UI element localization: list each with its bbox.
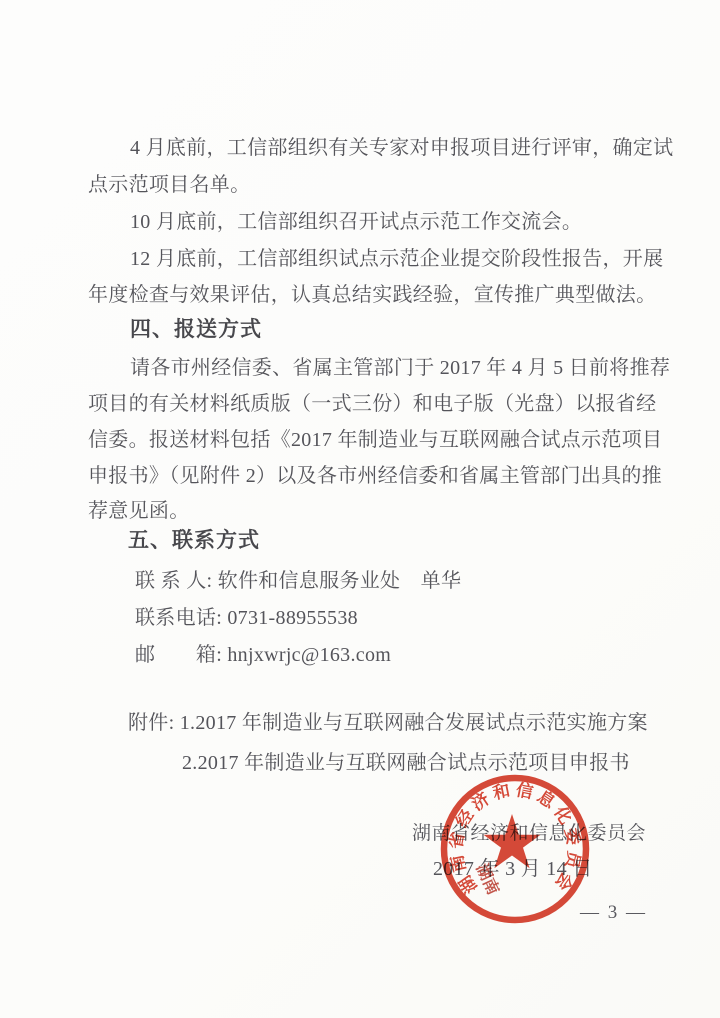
body-line-april: 4 月底前，工信部组织有关专家对申报项目进行评审，确定试 [130, 136, 673, 160]
document-page: 4 月底前，工信部组织有关专家对申报项目进行评审，确定试 点示范项目名单。 10… [0, 0, 720, 1018]
body-line-december: 12 月底前，工信部组织试点示范企业提交阶段性报告，开展 [130, 247, 663, 271]
section4-heading: 四、报送方式 [130, 318, 262, 342]
section4-line-5: 荐意见函。 [88, 499, 190, 523]
section5-heading: 五、联系方式 [128, 529, 260, 553]
contact-phone-line: 联系电话: 0731-88955538 [135, 606, 358, 630]
seal-star-icon [484, 814, 541, 868]
body-line-december-2: 年度检查与效果评估，认真总结实践经验，宣传推广典型做法。 [88, 283, 656, 307]
contact-person-line: 联 系 人: 软件和信息服务业处 单华 [135, 569, 461, 593]
seal-doublestrike-artifact: 湖南 [472, 861, 503, 898]
body-line-october: 10 月底前，工信部组织召开试点示范工作交流会。 [130, 210, 582, 234]
attachment-line-1: 附件: 1.2017 年制造业与互联网融合发展试点示范实施方案 [128, 711, 648, 735]
contact-email-line: 邮 箱: hnjxwrjc@163.com [135, 643, 391, 667]
official-seal: 湖南省经济和信息化委员会 湖南 [435, 769, 595, 929]
section4-line-4: 申报书》（见附件 2）以及各市州经信委和省属主管部门出具的推 [88, 464, 662, 488]
section4-line-1: 请各市州经信委、省属主管部门于 2017 年 4 月 5 日前将推荐 [130, 356, 670, 380]
section4-line-3: 信委。报送材料包括《2017 年制造业与互联网融合试点示范项目 [88, 428, 662, 452]
section4-line-2: 项目的有关材料纸质版（一式三份）和电子版（光盘）以报省经 [88, 392, 656, 416]
body-line-april-2: 点示范项目名单。 [88, 173, 250, 197]
